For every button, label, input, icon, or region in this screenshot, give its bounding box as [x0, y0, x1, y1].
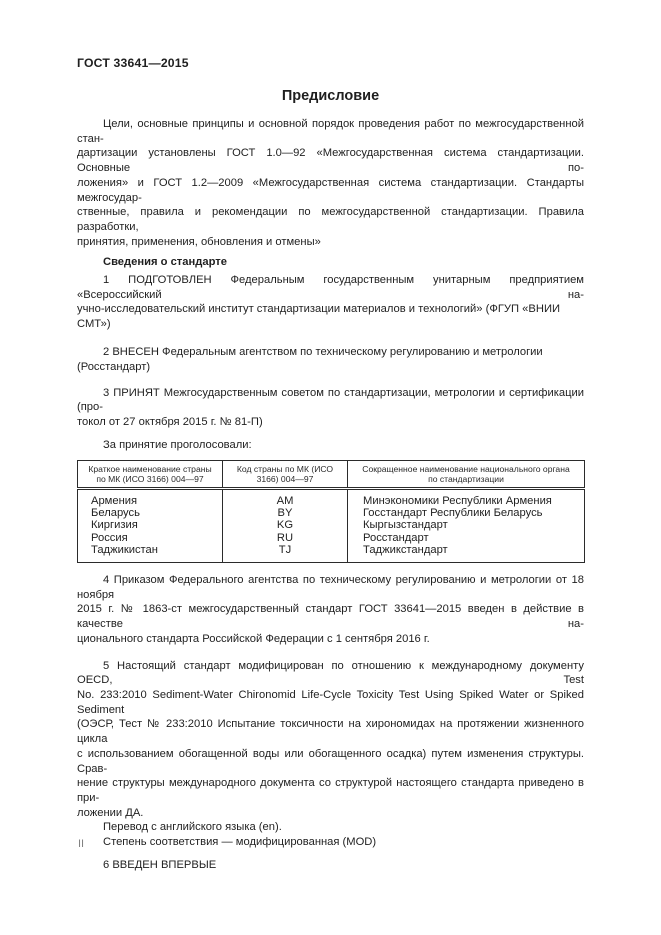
- voting-table: Краткое наименование страны по МК (ИСО 3…: [77, 460, 585, 563]
- translation-note: Перевод с английского языка (en). Степен…: [77, 820, 584, 849]
- intro-paragraph: Цели, основные принципы и основной поряд…: [77, 117, 584, 249]
- text-line: дартизации установлены ГОСТ 1.0—92 «Межг…: [77, 146, 584, 175]
- text-line: За принятие проголосовали:: [77, 438, 584, 453]
- text-line: 2 ВНЕСЕН Федеральным агентством по техни…: [77, 345, 584, 374]
- text-line: 5 Настоящий стандарт модифицирован по от…: [77, 659, 584, 688]
- note-4: 4 Приказом Федерального агентства по тех…: [77, 573, 584, 647]
- cell-country: Киргизия: [78, 519, 223, 531]
- col-header-country: Краткое наименование страны по МК (ИСО 3…: [78, 461, 223, 489]
- document-page: ГОСТ 33641—2015 Предисловие Цели, основн…: [0, 0, 661, 935]
- text-line: (ОЭСР, Тест № 233:2010 Испытание токсичн…: [77, 717, 584, 746]
- col-header-org: Сокращенное наименование национального о…: [348, 461, 585, 489]
- table-row: Россия RU Росстандарт: [78, 532, 585, 544]
- text-line: 4 Приказом Федерального агентства по тех…: [77, 573, 584, 602]
- cell-country: Армения: [78, 489, 223, 508]
- note-6: 6 ВВЕДЕН ВПЕРВЫЕ: [77, 858, 584, 873]
- text-line: 6 ВВЕДЕН ВПЕРВЫЕ: [77, 858, 584, 873]
- text-line: No. 233:2010 Sediment-Water Chironomid L…: [77, 688, 584, 717]
- cell-country: Россия: [78, 532, 223, 544]
- text-line: 3 ПРИНЯТ Межгосударственным советом по с…: [77, 386, 584, 415]
- cell-org: Таджикстандарт: [348, 544, 585, 563]
- table-row: Таджикистан TJ Таджикстандарт: [78, 544, 585, 563]
- text-line: ложения» и ГОСТ 1.2—2009 «Межгосударстве…: [77, 176, 584, 205]
- cell-org: Росстандарт: [348, 532, 585, 544]
- section-heading: Сведения о стандарте: [77, 255, 584, 270]
- cell-org: Госстандарт Республики Беларусь: [348, 507, 585, 519]
- note-1: 1 ПОДГОТОВЛЕН Федеральным государственны…: [77, 273, 584, 332]
- note-5: 5 Настоящий стандарт модифицирован по от…: [77, 659, 584, 821]
- text-line: ционального стандарта Российской Федерац…: [77, 632, 584, 647]
- text-line: ложении ДА.: [77, 806, 584, 821]
- text-line: Степень соответствия — модифицированная …: [77, 835, 584, 850]
- doc-number: ГОСТ 33641—2015: [77, 56, 584, 71]
- table-row: Беларусь BY Госстандарт Республики Белар…: [78, 507, 585, 519]
- cell-code: BY: [223, 507, 348, 519]
- col-header-code: Код страны по МК (ИСО 3166) 004—97: [223, 461, 348, 489]
- cell-code: AM: [223, 489, 348, 508]
- text-line: с использованием обогащенной воды или об…: [77, 747, 584, 776]
- text-line: 2015 г. № 1863-ст межгосударственный ста…: [77, 602, 584, 631]
- table-row: Армения AM Минэкономики Республики Армен…: [78, 489, 585, 508]
- cell-code: RU: [223, 532, 348, 544]
- cell-country: Таджикистан: [78, 544, 223, 563]
- note-3: 3 ПРИНЯТ Межгосударственным советом по с…: [77, 386, 584, 430]
- page-title: Предисловие: [77, 87, 584, 105]
- vote-label: За принятие проголосовали:: [77, 438, 584, 453]
- note-2: 2 ВНЕСЕН Федеральным агентством по техни…: [77, 345, 584, 374]
- text-line: ственные, правила и рекомендации по межг…: [77, 205, 584, 234]
- cell-org: Кыргызстандарт: [348, 519, 585, 531]
- cell-code: TJ: [223, 544, 348, 563]
- table-header-row: Краткое наименование страны по МК (ИСО 3…: [78, 461, 585, 489]
- cell-code: KG: [223, 519, 348, 531]
- cell-country: Беларусь: [78, 507, 223, 519]
- page-number: II: [78, 838, 84, 851]
- text-line: 1 ПОДГОТОВЛЕН Федеральным государственны…: [77, 273, 584, 302]
- table-row: Киргизия KG Кыргызстандарт: [78, 519, 585, 531]
- text-line: нение структуры международного документа…: [77, 776, 584, 805]
- text-line: Цели, основные принципы и основной поряд…: [77, 117, 584, 146]
- text-line: принятия, применения, обновления и отмен…: [77, 235, 584, 250]
- cell-org: Минэкономики Республики Армения: [348, 489, 585, 508]
- text-line: Перевод с английского языка (en).: [77, 820, 584, 835]
- text-line: токол от 27 октября 2015 г. № 81-П): [77, 415, 584, 430]
- text-line: учно-исследовательский институт стандарт…: [77, 302, 584, 331]
